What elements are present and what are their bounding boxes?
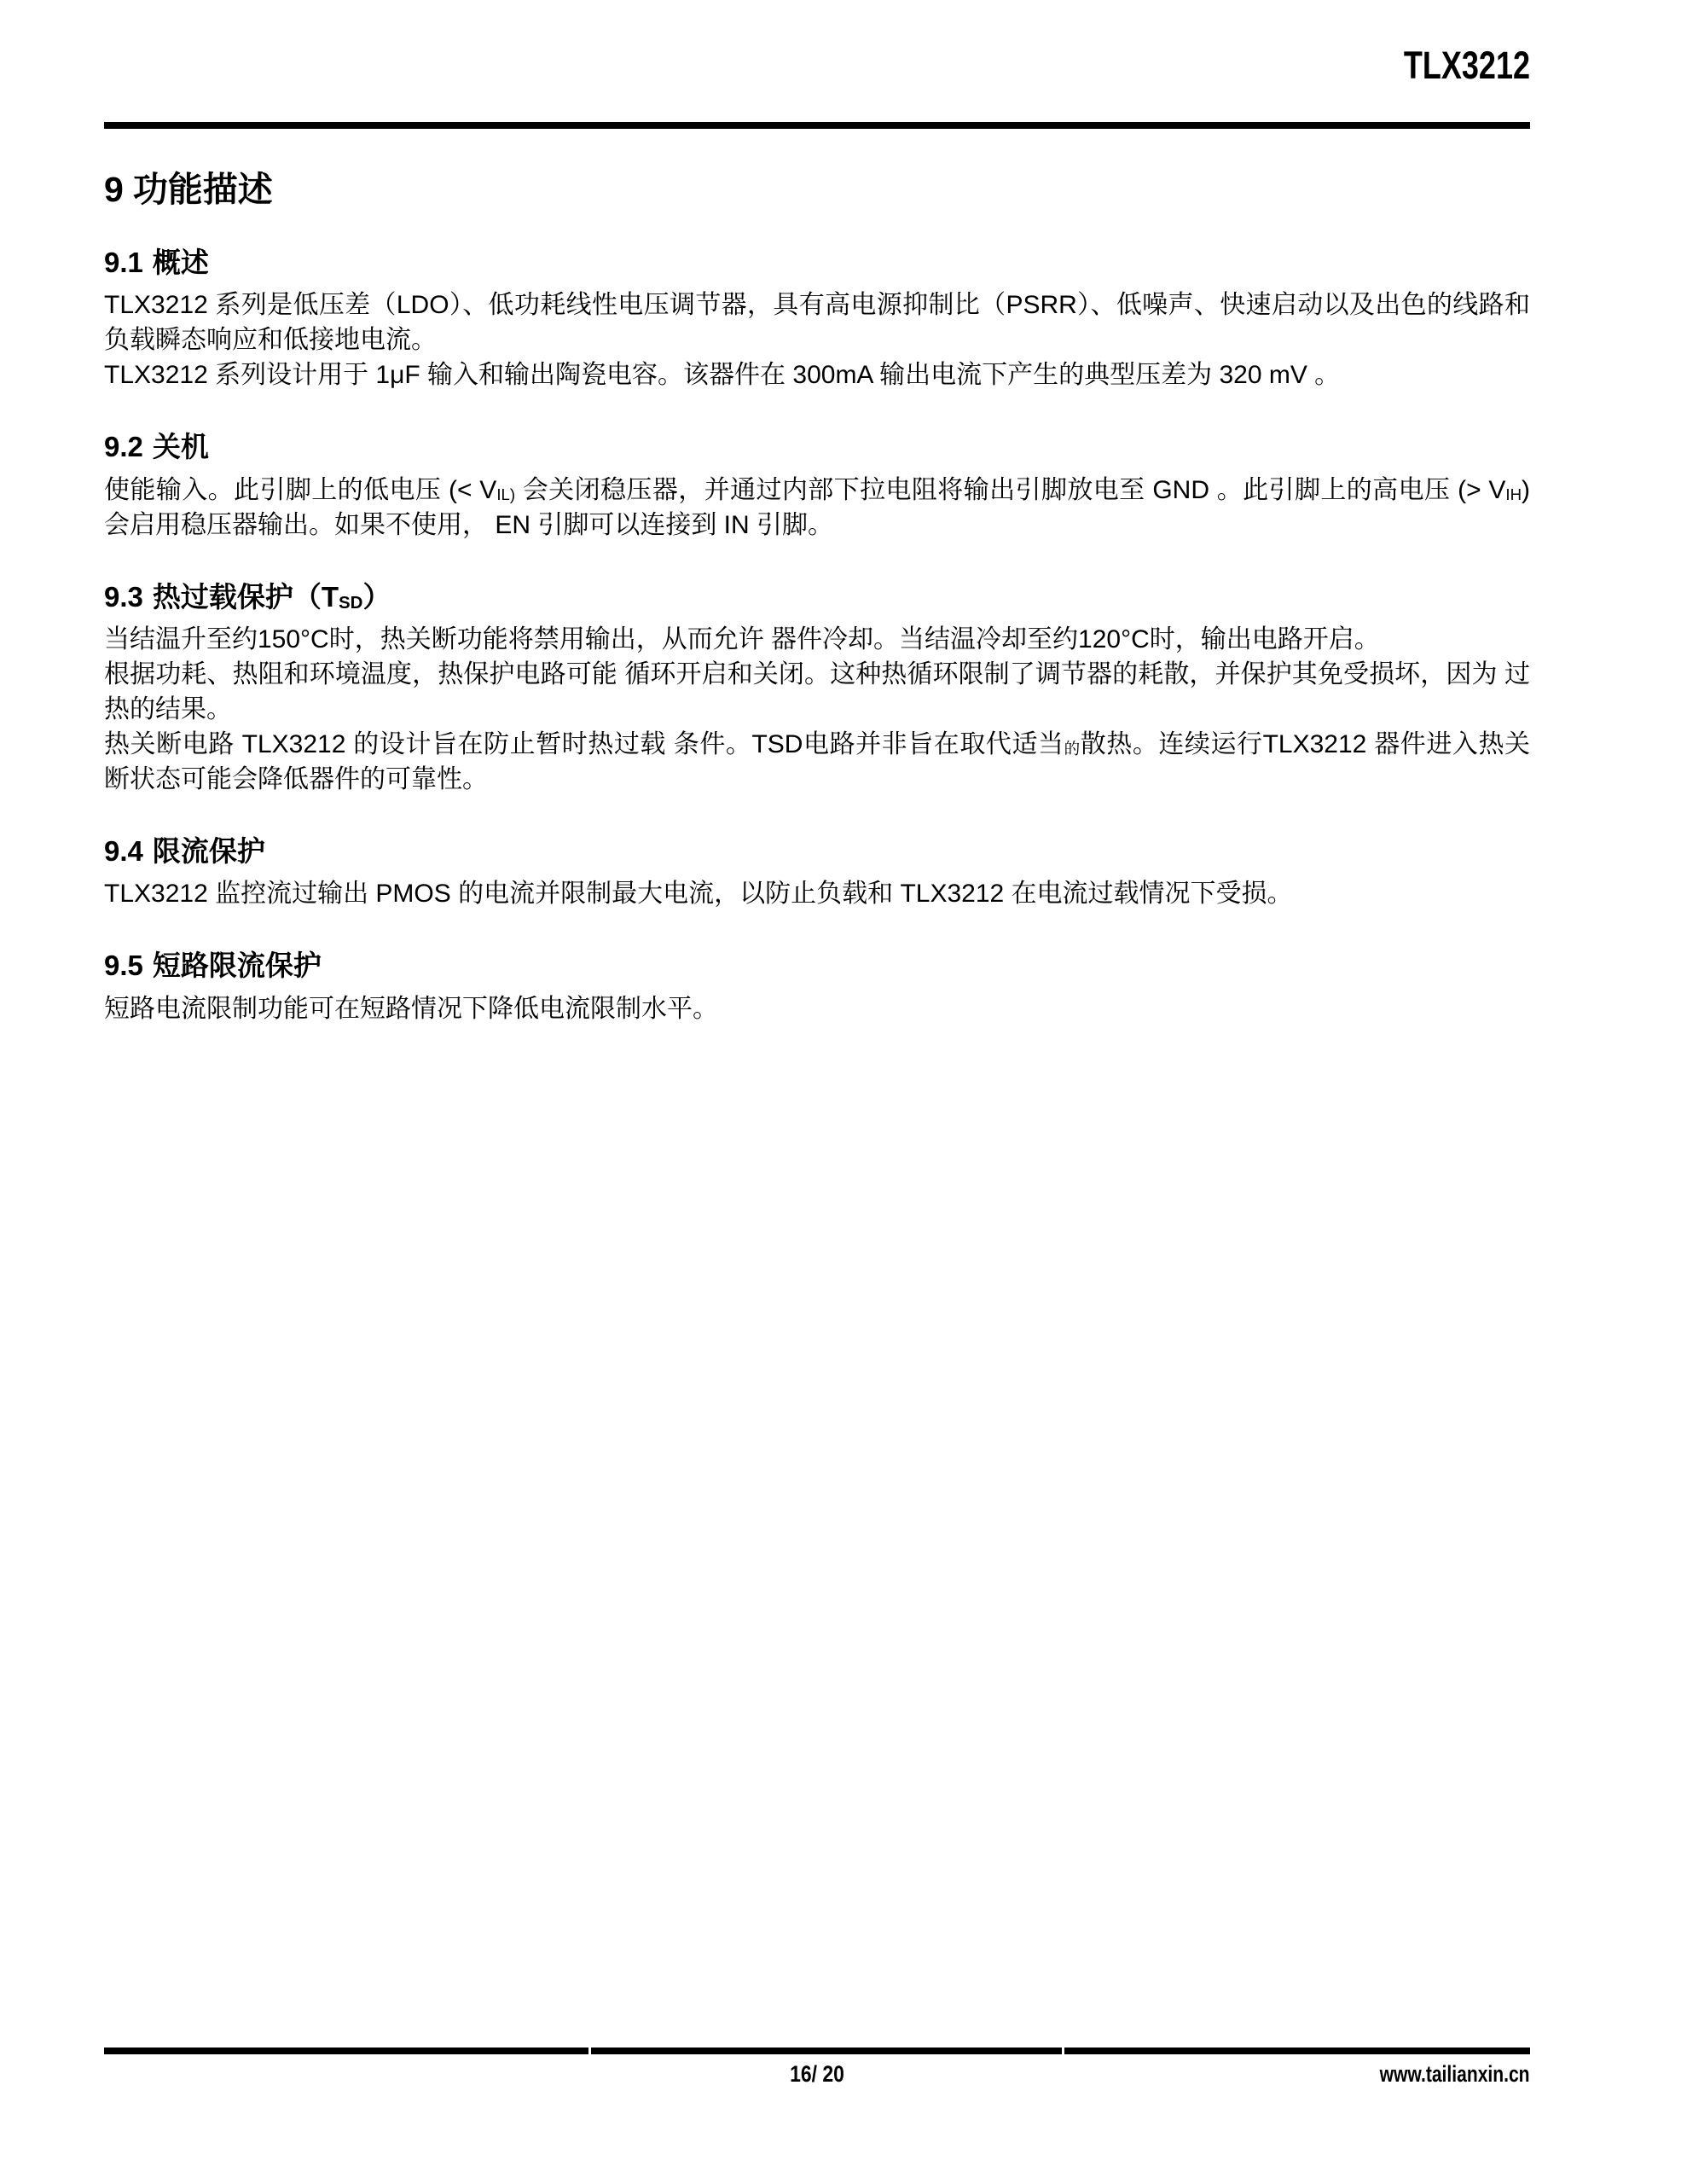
section-title-text: 短路限流保护 xyxy=(153,950,322,981)
section-body: TLX3212 监控流过输出 PMOS 的电流并限制最大电流，以防止负载和 TL… xyxy=(104,876,1530,911)
section-title-text: 热过载保护（TSD） xyxy=(153,581,391,613)
section-number: 9.1 xyxy=(104,247,143,278)
footer-rule-segment xyxy=(104,2047,588,2054)
sections-container: 9.1概述 TLX3212 系列是低压差（LDO）、低功耗线性电压调节器，具有高… xyxy=(104,247,1530,1025)
section-number: 9.3 xyxy=(104,581,143,613)
section-title: 9.2关机 xyxy=(104,432,1530,462)
section-body: 使能输入。此引脚上的低电压 (< VIL) 会关闭稳压器，并通过内部下拉电阻将输… xyxy=(104,473,1530,543)
section: 9.4限流保护 TLX3212 监控流过输出 PMOS 的电流并限制最大电流，以… xyxy=(104,836,1530,911)
paragraph: 根据功耗、热阻和环境温度，热保护电路可能 循环开启和关闭。这种热循环限制了调节器… xyxy=(104,657,1530,727)
section-title-text: 关机 xyxy=(153,431,209,462)
section-number: 9.5 xyxy=(104,950,143,981)
page-number: 16/ 20 xyxy=(790,2057,844,2091)
main-section-heading: 9功能描述 xyxy=(104,171,1530,208)
header-rule xyxy=(104,122,1530,129)
main-section-title: 功能描述 xyxy=(133,170,273,209)
section-body: 短路电流限制功能可在短路情况下降低电流限制水平。 xyxy=(104,991,1530,1026)
paragraph: 使能输入。此引脚上的低电压 (< VIL) 会关闭稳压器，并通过内部下拉电阻将输… xyxy=(104,473,1530,543)
footer-rule-segment xyxy=(1064,2047,1530,2054)
section-title: 9.3热过载保护（TSD） xyxy=(104,582,1530,613)
page-content: TLX3212 9功能描述 9.1概述 TLX3212 系列是低压差（LDO）、… xyxy=(104,0,1530,1026)
section-title-text: 概述 xyxy=(153,247,209,278)
section-title: 9.5短路限流保护 xyxy=(104,950,1530,981)
section-number: 9.2 xyxy=(104,431,143,462)
paragraph: TLX3212 系列设计用于 1μF 输入和输出陶瓷电容。该器件在 300mA … xyxy=(104,357,1530,392)
section-number: 9.4 xyxy=(104,835,143,867)
section-body: 当结温升至约150°C时，热关断功能将禁用输出，从而允许 器件冷却。当结温冷却至… xyxy=(104,622,1530,797)
paragraph: 当结温升至约150°C时，热关断功能将禁用输出，从而允许 器件冷却。当结温冷却至… xyxy=(104,622,1530,657)
website-link[interactable]: www.tailianxin.cn xyxy=(1380,2057,1530,2091)
section-title-text: 限流保护 xyxy=(153,835,265,867)
paragraph: TLX3212 系列是低压差（LDO）、低功耗线性电压调节器，具有高电源抑制比（… xyxy=(104,288,1530,357)
footer-rule xyxy=(104,2047,1530,2054)
section: 9.3热过载保护（TSD） 当结温升至约150°C时，热关断功能将禁用输出，从而… xyxy=(104,582,1530,797)
section-title: 9.1概述 xyxy=(104,247,1530,278)
paragraph: TLX3212 监控流过输出 PMOS 的电流并限制最大电流，以防止负载和 TL… xyxy=(104,876,1530,911)
section: 9.2关机 使能输入。此引脚上的低电压 (< VIL) 会关闭稳压器，并通过内部… xyxy=(104,432,1530,542)
section: 9.5短路限流保护 短路电流限制功能可在短路情况下降低电流限制水平。 xyxy=(104,950,1530,1025)
paragraph: 热关断电路 TLX3212 的设计旨在防止暂时热过载 条件。TSD电路并非旨在取… xyxy=(104,727,1530,797)
page-footer: 16/ 20 www.tailianxin.cn xyxy=(104,2047,1530,2091)
section-title: 9.4限流保护 xyxy=(104,836,1530,867)
main-section-number: 9 xyxy=(104,170,124,209)
section-body: TLX3212 系列是低压差（LDO）、低功耗线性电压调节器，具有高电源抑制比（… xyxy=(104,288,1530,392)
section: 9.1概述 TLX3212 系列是低压差（LDO）、低功耗线性电压调节器，具有高… xyxy=(104,247,1530,392)
doc-part-number: TLX3212 xyxy=(389,46,1530,84)
footer-row: 16/ 20 www.tailianxin.cn xyxy=(104,2057,1530,2091)
paragraph: 短路电流限制功能可在短路情况下降低电流限制水平。 xyxy=(104,991,1530,1026)
footer-rule-segment xyxy=(591,2047,1062,2054)
datasheet-page: TLX3212 9功能描述 9.1概述 TLX3212 系列是低压差（LDO）、… xyxy=(0,0,1687,2184)
